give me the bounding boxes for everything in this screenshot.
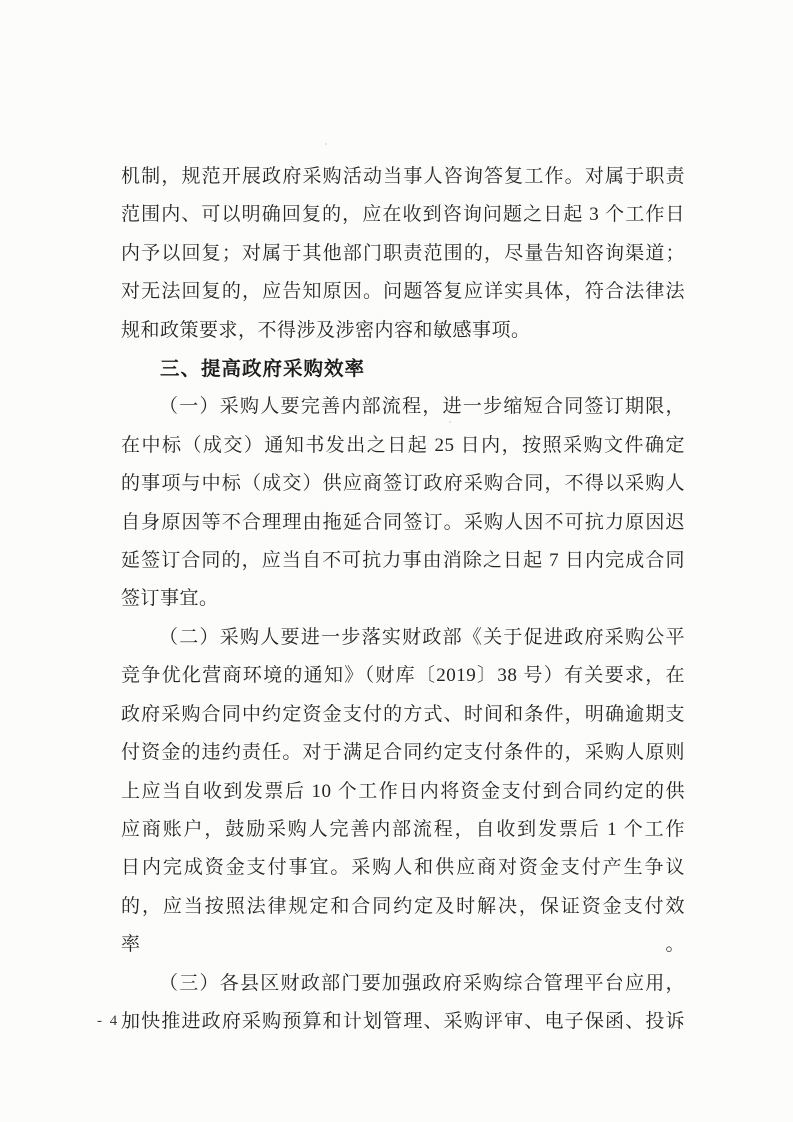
text-line: 内予以回复；对属于其他部门职责范围的，尽量告知咨询渠道； — [121, 235, 685, 273]
text-line: 竞争优化营商环境的通知》（财库〔2019〕38 号）有关要求，在 — [121, 657, 685, 695]
text-line: （二）采购人要进一步落实财政部《关于促进政府采购公平 — [121, 619, 685, 657]
text-line: 加快推进政府采购预算和计划管理、采购评审、电子保函、投诉 — [121, 1003, 685, 1041]
text-line: （一）采购人要完善内部流程，进一步缩短合同签订期限， — [121, 388, 685, 426]
scan-speck — [567, 633, 569, 635]
page-number: - 4 - — [97, 1010, 132, 1032]
text-line: 的事项与中标（成交）供应商签订政府采购合同，不得以采购人 — [121, 465, 685, 503]
text-line: 应商账户，鼓励采购人完善内部流程，自收到发票后 1 个工作 — [121, 811, 685, 849]
text-line: 延签订合同的，应当自不可抗力事由消除之日起 7 日内完成合同 — [121, 542, 685, 580]
text-line: 范围内、可以明确回复的，应在收到咨询问题之日起 3 个工作日 — [121, 196, 685, 234]
text-line: 在中标（成交）通知书发出之日起 25 日内，按照采购文件确定 — [121, 427, 685, 465]
text-line: 上应当自收到发票后 10 个工作日内将资金支付到合同约定的供 — [121, 773, 685, 811]
paragraph-continuation: 机制，规范开展政府采购活动当事人咨询答复工作。对属于职责 范围内、可以明确回复的… — [121, 158, 685, 350]
text-line: 日内完成资金支付事宜。采购人和供应商对资金支付产生争议 — [121, 849, 685, 887]
text-line: 政府采购合同中约定资金支付的方式、时间和条件，明确逾期支 — [121, 696, 685, 734]
document-body: 机制，规范开展政府采购活动当事人咨询答复工作。对属于职责 范围内、可以明确回复的… — [121, 158, 685, 1041]
text-line: 付资金的违约责任。对于满足合同约定支付条件的，采购人原则 — [121, 734, 685, 772]
scan-speck — [449, 421, 451, 423]
section-heading: 三、提高政府采购效率 — [121, 350, 685, 388]
text-line: 对无法回复的，应告知原因。问题答复应详实具体，符合法律法 — [121, 273, 685, 311]
document-page: 机制，规范开展政府采购活动当事人咨询答复工作。对属于职责 范围内、可以明确回复的… — [0, 0, 793, 1122]
text-line: 机制，规范开展政府采购活动当事人咨询答复工作。对属于职责 — [121, 158, 685, 196]
text-line: 规和政策要求，不得涉及涉密内容和敏感事项。 — [121, 312, 685, 350]
scan-speck — [325, 143, 327, 145]
paragraph: （二）采购人要进一步落实财政部《关于促进政府采购公平 竞争优化营商环境的通知》（… — [121, 619, 685, 965]
text-line: 签订事宜。 — [121, 580, 685, 618]
paragraph: （三）各县区财政部门要加强政府采购综合管理平台应用， 加快推进政府采购预算和计划… — [121, 965, 685, 1042]
paragraph: （一）采购人要完善内部流程，进一步缩短合同签订期限， 在中标（成交）通知书发出之… — [121, 388, 685, 618]
text-line: 自身原因等不合理理由拖延合同签订。采购人因不可抗力原因迟 — [121, 504, 685, 542]
text-line: （三）各县区财政部门要加强政府采购综合管理平台应用， — [121, 965, 685, 1003]
text-line: 的，应当按照法律规定和合同约定及时解决，保证资金支付效率。 — [121, 888, 685, 965]
